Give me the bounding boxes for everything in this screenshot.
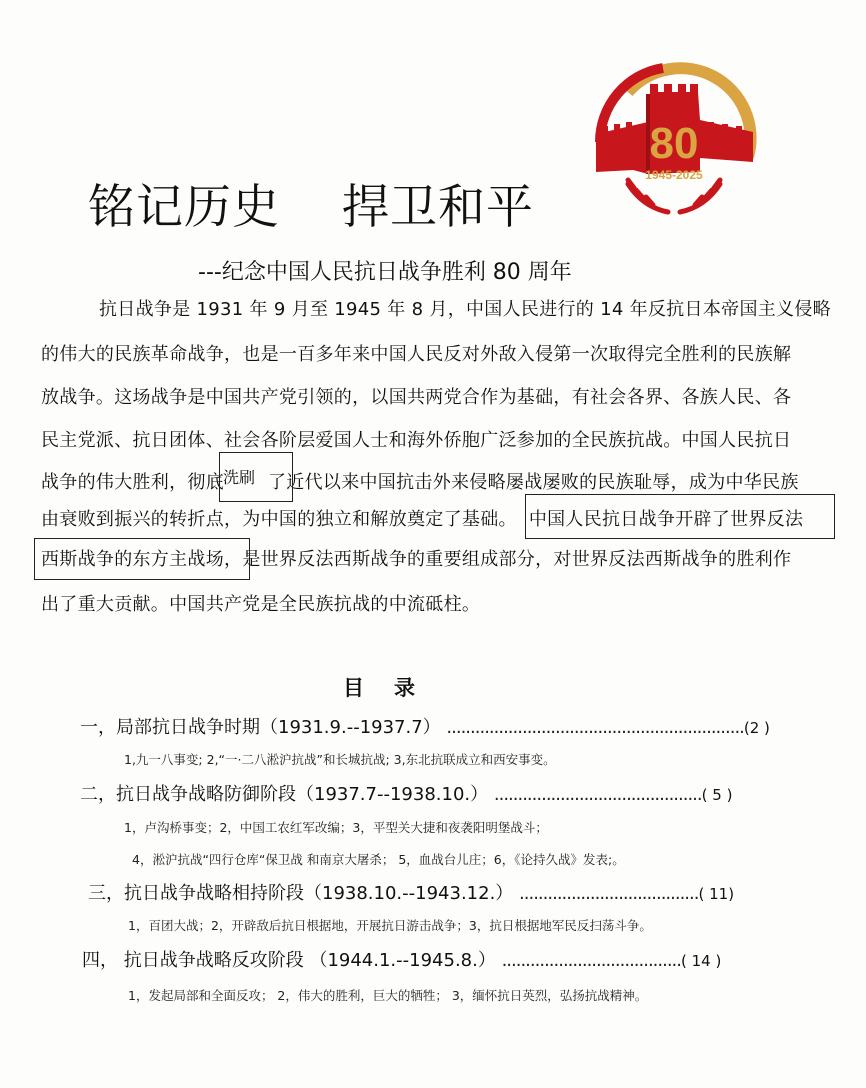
toc-page-number: ( 5 )	[702, 786, 733, 804]
toc-leader-dots: ......................................	[502, 950, 681, 971]
title-part-2: 捍卫和平	[342, 180, 534, 235]
title-part-1: 铭记历史	[88, 180, 280, 235]
toc-section-1[interactable]: 一，局部抗日战争时期（1931.9.--1937.7） ............…	[80, 713, 770, 739]
toc-page-number: ( 11)	[698, 885, 734, 903]
toc-heading: 四， 抗日战争战略反攻阶段 （1944.1.--1945.8.）	[82, 950, 496, 971]
toc-title-char: 目	[343, 676, 364, 700]
toc-subitem: 1，卢沟桥事变；2，中国工农红军改编；3，平型关大捷和夜袭阳明堡战斗；	[124, 818, 548, 836]
svg-text:80: 80	[650, 119, 699, 168]
toc-title: 目录	[343, 672, 415, 702]
paragraph-line: 的伟大的民族革命战争，也是一百多年来中国人民反对外敌入侵第一次取得完全胜利的民族…	[41, 343, 791, 367]
highlight-box-main-battlefield-1	[525, 494, 835, 539]
toc-subitem: 1，发起局部和全面反攻； 2，伟大的胜利，巨大的牺牲； 3，缅怀抗日英烈，弘扬抗…	[128, 986, 647, 1004]
page-title: 铭记历史捍卫和平	[88, 170, 534, 237]
paragraph-line: 战争的伟大胜利，彻底了近代以来中国抗击外来侵略屡战屡败的民族耻辱，成为中华民族	[41, 471, 799, 495]
text-segment: 战争的伟大胜利，彻底	[41, 472, 224, 493]
toc-section-2[interactable]: 二，抗日战争战略防御阶段（1937.7--1938.10.） .........…	[80, 780, 732, 806]
toc-leader-dots: ........................................…	[446, 717, 743, 738]
paragraph-line: 出了重大贡献。中国共产党是全民族抗战的中流砥柱。	[41, 593, 480, 617]
paragraph-line: 抗日战争是 1931 年 9 月至 1945 年 8 月，中国人民进行的 14 …	[99, 298, 831, 322]
text-segment: 由衰败到振兴的转折点，为中国的独立和解放奠定了基础。	[41, 509, 517, 530]
toc-page-number: (2 )	[744, 719, 770, 737]
highlight-box-main-battlefield-2	[34, 538, 250, 580]
text-segment: 了近代以来中国抗击外来侵略屡战屡败的民族耻辱，成为中华民族	[268, 472, 799, 493]
toc-subitem: 4，淞沪抗战“四行仓库“保卫战 和南京大屠杀； 5，血战台儿庄；6，《论持久战》…	[132, 850, 625, 868]
toc-subitem: 1，百团大战；2，开辟敌后抗日根据地，开展抗日游击战争；3，抗日根据地军民反扫荡…	[128, 916, 652, 934]
text-segment: 是世界反法西斯战争的重要组成部分，对世界反法西斯战争的胜利作	[242, 549, 791, 570]
toc-heading: 三，抗日战争战略相持阶段（1938.10.--1943.12.）	[88, 883, 513, 904]
boxed-word: 洗刷	[223, 465, 255, 488]
paragraph-line: 民主党派、抗日团体、社会各阶层爱国人士和海外侨胞广泛参加的全民族抗战。中国人民抗…	[41, 429, 791, 453]
toc-leader-dots: ......................................	[519, 883, 698, 904]
toc-title-char: 录	[394, 676, 415, 700]
svg-text:1945-2025: 1945-2025	[645, 168, 703, 182]
subtitle: ---纪念中国人民抗日战争胜利 80 周年	[198, 255, 572, 286]
80th-anniversary-logo: 80 1945-2025	[588, 62, 758, 222]
paragraph-line: 放战争。这场战争是中国共产党引领的，以国共两党合作为基础，有社会各界、各族人民、…	[41, 386, 791, 410]
toc-leader-dots: ........................................…	[494, 784, 702, 805]
toc-page-number: ( 14 )	[681, 952, 721, 970]
toc-subitem: 1,九一八事变; 2,“一·二八淞沪抗战”和长城抗战; 3,东北抗联成立和西安事…	[124, 750, 556, 768]
toc-heading: 一，局部抗日战争时期（1931.9.--1937.7）	[80, 717, 441, 738]
toc-section-4[interactable]: 四， 抗日战争战略反攻阶段 （1944.1.--1945.8.） .......…	[82, 946, 721, 972]
toc-section-3[interactable]: 三，抗日战争战略相持阶段（1938.10.--1943.12.） .......…	[88, 879, 734, 905]
toc-heading: 二，抗日战争战略防御阶段（1937.7--1938.10.）	[80, 784, 488, 805]
great-wall-emblem-icon: 80 1945-2025	[588, 62, 758, 222]
